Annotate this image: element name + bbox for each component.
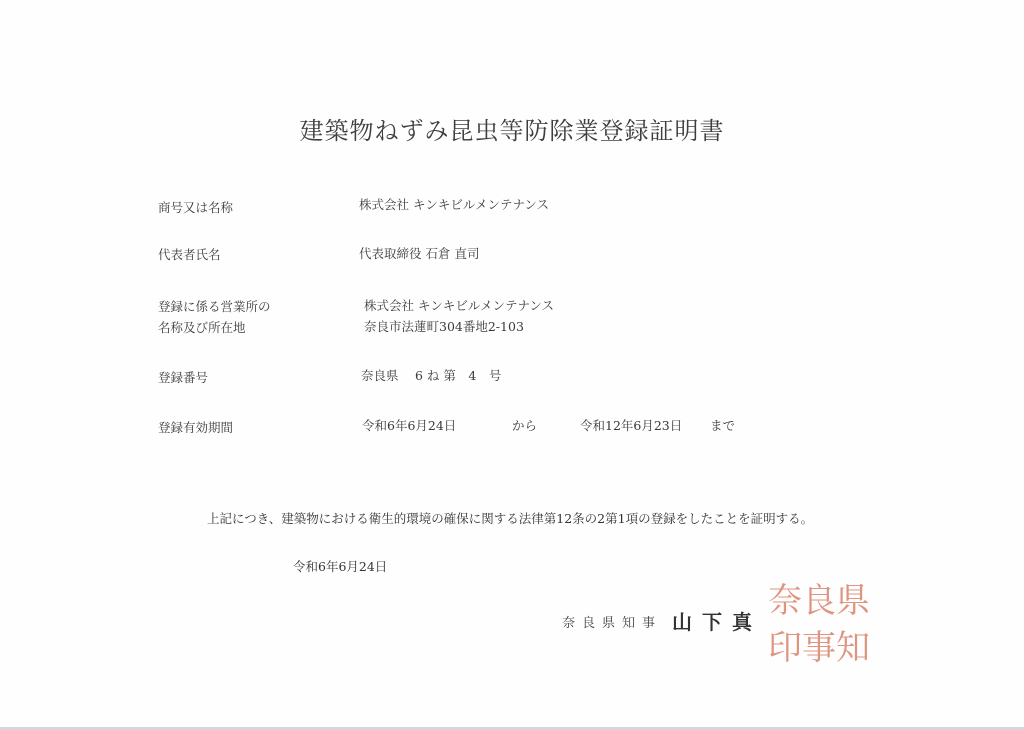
seal-char: 奈 xyxy=(768,578,802,625)
issuer-title: 奈良県知事 xyxy=(562,612,662,631)
seal-char: 良 xyxy=(802,578,836,625)
certification-statement: 上記につき、建築物における衛生的環境の確保に関する法律第12条の2第1項の登録を… xyxy=(207,509,813,527)
label-representative: 代表者氏名 xyxy=(158,245,221,265)
value-office-address: 奈良市法蓮町304番地2-103 xyxy=(364,317,524,337)
issuer-name: 山下真 xyxy=(672,606,762,635)
issue-date: 令和6年6月24日 xyxy=(293,557,387,575)
label-office-line2: 名称及び所在地 xyxy=(158,318,246,338)
label-trade-name: 商号又は名称 xyxy=(158,198,233,218)
value-registration-number: 奈良県 6 ね 第 4 号 xyxy=(361,366,501,386)
seal-char: 印 xyxy=(768,625,802,672)
document-title: 建築物ねずみ昆虫等防除業登録証明書 xyxy=(0,111,1024,146)
label-office-line1: 登録に係る営業所の xyxy=(158,297,271,317)
seal-char: 事 xyxy=(802,625,836,672)
value-office-name: 株式会社 キンキビルメンテナンス xyxy=(364,296,554,316)
label-registration-number: 登録番号 xyxy=(158,368,208,388)
label-validity-period: 登録有効期間 xyxy=(158,418,233,438)
value-representative: 代表取締役 石倉 直司 xyxy=(359,244,479,264)
official-seal-stamp: 奈 良 県 印 事 知 xyxy=(768,578,862,672)
value-period-from: から xyxy=(512,416,537,436)
certificate-page: 建築物ねずみ昆虫等防除業登録証明書 商号又は名称 株式会社 キンキビルメンテナン… xyxy=(0,0,1024,727)
seal-char: 県 xyxy=(836,578,870,625)
value-period-end: 令和12年6月23日 xyxy=(580,416,682,436)
value-period-until: まで xyxy=(710,416,735,436)
value-period-start: 令和6年6月24日 xyxy=(362,416,456,436)
seal-char: 知 xyxy=(836,625,870,672)
value-trade-name: 株式会社 キンキビルメンテナンス xyxy=(359,195,549,215)
